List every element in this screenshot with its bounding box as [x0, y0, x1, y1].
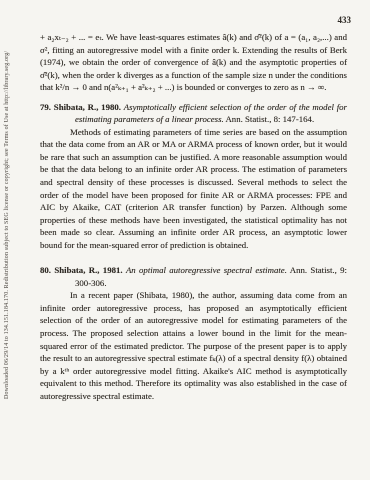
- reference-entry: 79. Shibata, R., 1980. Asymptotically ef…: [40, 101, 347, 126]
- reference-number: 79.: [40, 102, 51, 112]
- reference-number: 80.: [40, 265, 51, 275]
- reference-entry: 80. Shibata, R., 1981. An optimal autore…: [40, 264, 347, 289]
- reference-authors: Shibata, R., 1981.: [54, 265, 122, 275]
- reference-abstract: Methods of estimating parameters of time…: [40, 126, 347, 251]
- page-number: 433: [338, 15, 352, 25]
- reference-abstract: In a recent paper (Shibata, 1980), the a…: [40, 289, 347, 402]
- download-watermark: Downloaded 06/29/14 to 134.151.184.170. …: [4, 51, 10, 399]
- reference-title: An optimal autoregressive spectral estim…: [126, 265, 287, 275]
- continuation-paragraph: + a₂xₜ₋₂ + ... = eₜ. We have least-squar…: [40, 31, 347, 94]
- scanned-page: Downloaded 06/29/14 to 134.151.184.170. …: [0, 0, 370, 480]
- reference-authors: Shibata, R., 1980.: [54, 102, 121, 112]
- page-content: + a₂xₜ₋₂ + ... = eₜ. We have least-squar…: [40, 31, 347, 402]
- reference-source: Ann. Statist., 8: 147-164.: [225, 114, 314, 124]
